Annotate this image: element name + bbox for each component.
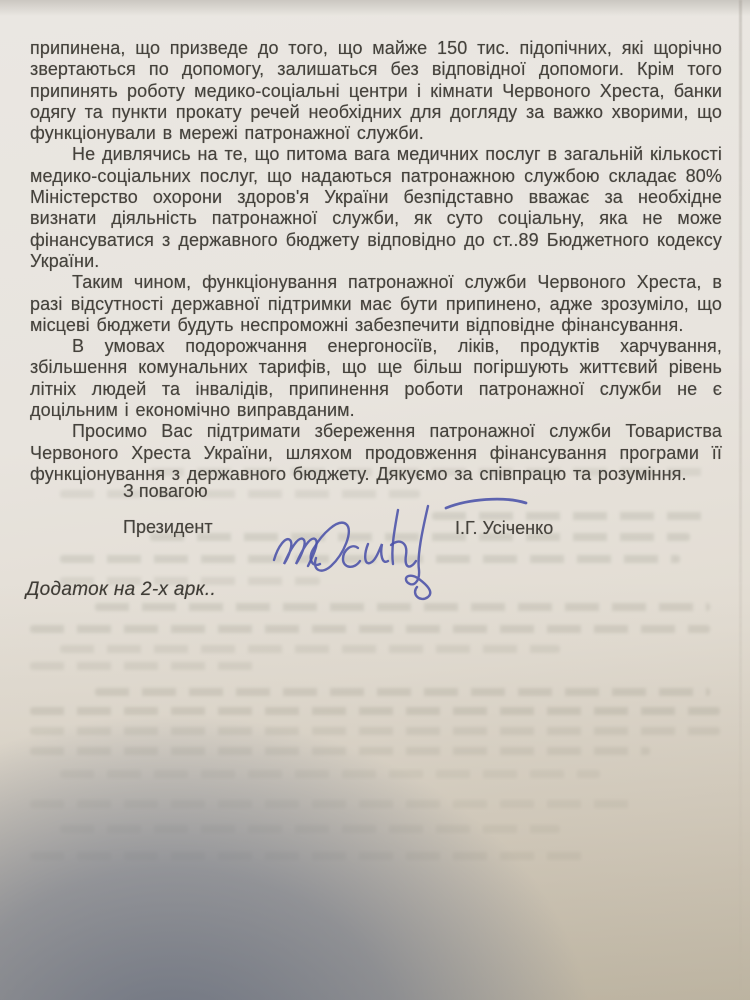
bleed-through-line	[30, 727, 720, 735]
paragraph: Не дивлячись на те, що питома вага медич…	[30, 144, 722, 272]
letter-text-block: припинена, що призведе до того, що майже…	[30, 38, 722, 485]
bleed-through-line	[30, 625, 710, 633]
bleed-through-line	[30, 800, 630, 808]
signature-ink-icon	[268, 492, 580, 610]
paragraph: В умовах подорожчання енергоносіїв, лікі…	[30, 336, 722, 421]
paragraph: Просимо Вас підтримати збереження патрон…	[30, 421, 722, 485]
bleed-through-line	[60, 825, 560, 833]
page-edge-fold	[739, 0, 742, 1000]
paragraph: припинена, що призведе до того, що майже…	[30, 38, 722, 144]
letter-photo: припинена, що призведе до того, що майже…	[0, 0, 750, 1000]
bleed-through-line	[30, 662, 260, 670]
attachment-note: Додаток на 2-х арк..	[26, 579, 216, 601]
bleed-through-line	[60, 645, 560, 653]
bleed-through-line	[30, 707, 720, 715]
paragraph: Таким чином, функціонування патронажної …	[30, 272, 722, 336]
signature	[268, 492, 580, 610]
bleed-through-line	[30, 747, 650, 755]
bleed-through-line	[30, 852, 590, 860]
bleed-through-line	[95, 688, 710, 696]
signer-title: Президент	[123, 517, 213, 538]
photo-top-vignette	[0, 0, 750, 16]
closing-salutation: З повагою	[123, 481, 208, 502]
bleed-through-line	[60, 770, 600, 778]
